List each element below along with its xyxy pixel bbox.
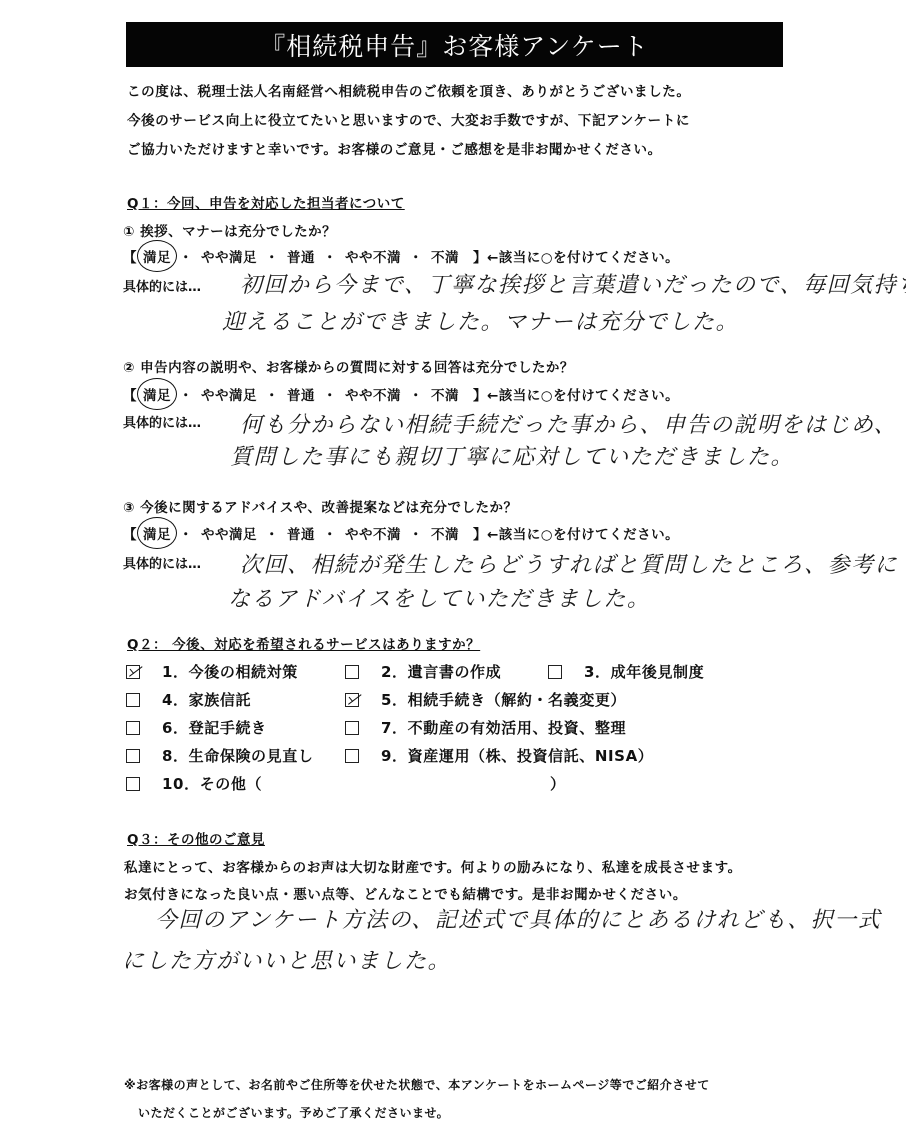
checkbox-icon[interactable]: [345, 749, 359, 763]
option-label: 今後の相続対策: [189, 661, 298, 682]
rating-option-satisfied[interactable]: 満足: [143, 246, 171, 266]
option-label: 成年後見制度: [611, 661, 705, 682]
option-label: その他（: [200, 773, 262, 794]
option-number: 4．: [162, 689, 189, 710]
option-label: 登記手続き: [189, 717, 267, 738]
option-number: 5．: [381, 689, 408, 710]
q3-description-line-1: 私達にとって、お客様からのお声は大切な財産です。何よりの励みになり、私達を成長さ…: [124, 856, 742, 876]
rating-option-dissatisfied[interactable]: 不満: [431, 523, 459, 543]
q1-item1-question: ① 挨拶、マナーは充分でしたか？: [123, 220, 336, 240]
rating-option-somewhat-dissatisfied[interactable]: やや不満: [345, 523, 401, 543]
q2-option-1[interactable]: 1． 今後の相続対策: [126, 661, 298, 682]
rating-option-satisfied[interactable]: 満足: [143, 384, 171, 404]
q3-answer-line-1[interactable]: 今回のアンケート方法の、記述式で具体的にとあるけれども、択一式: [155, 903, 881, 934]
bracket-open: 【: [123, 523, 137, 543]
q2-option-9[interactable]: 9． 資産運用（株、投資信託、NISA）: [345, 745, 653, 766]
checkbox-checked-icon[interactable]: [126, 665, 140, 679]
q2-option-4[interactable]: 4． 家族信託: [126, 689, 251, 710]
q2-option-10[interactable]: 10． その他（: [126, 773, 262, 794]
q1-item1-answer-line-2[interactable]: 迎えることができました。マナーは充分でした。: [222, 305, 739, 336]
q3-answer-line-2[interactable]: にした方がいいと思いました。: [122, 944, 451, 975]
option-number: 10．: [162, 773, 200, 794]
q2-other-close-paren: ）: [550, 773, 566, 794]
q1-heading: Q１：今回、申告を対応した担当者について: [127, 192, 405, 212]
rating-option-satisfied[interactable]: 満足: [143, 523, 171, 543]
q1-item2-rating: 【 満足 ・ やや満足 ・ 普通 ・ やや不満 ・ 不満 】←該当に○を付けてく…: [123, 384, 679, 404]
footer-note-line-1: ※お客様の声として、お名前やご住所等を伏せた状態で、本アンケートをホームページ等…: [124, 1076, 710, 1093]
rating-option-somewhat-satisfied[interactable]: やや満足: [201, 384, 257, 404]
q1-item2-answer-line-2[interactable]: 質問した事にも親切丁寧に応対していただきました。: [230, 440, 794, 471]
q2-option-8[interactable]: 8． 生命保険の見直し: [126, 745, 313, 766]
option-number: 7．: [381, 717, 408, 738]
option-number: 8．: [162, 745, 189, 766]
q2-option-2[interactable]: 2． 遺言書の作成: [345, 661, 501, 682]
checkbox-icon[interactable]: [345, 721, 359, 735]
q1-item3-rating: 【 満足 ・ やや満足 ・ 普通 ・ やや不満 ・ 不満 】←該当に○を付けてく…: [123, 523, 679, 543]
footer-note-line-2: いただくことがございます。予めご了承くださいませ。: [138, 1104, 449, 1121]
rating-option-dissatisfied[interactable]: 不満: [431, 246, 459, 266]
survey-title: 『相続税申告』お客様アンケート: [126, 22, 783, 67]
rating-option-dissatisfied[interactable]: 不満: [431, 384, 459, 404]
rating-option-somewhat-satisfied[interactable]: やや満足: [201, 246, 257, 266]
q2-option-6[interactable]: 6． 登記手続き: [126, 717, 267, 738]
rating-option-neutral[interactable]: 普通: [287, 246, 315, 266]
rating-option-somewhat-dissatisfied[interactable]: やや不満: [345, 384, 401, 404]
q2-option-7[interactable]: 7． 不動産の有効活用、投資、整理: [345, 717, 626, 738]
checkbox-icon[interactable]: [126, 721, 140, 735]
option-number: 9．: [381, 745, 408, 766]
option-label: 遺言書の作成: [408, 661, 502, 682]
q2-option-3[interactable]: 3． 成年後見制度: [548, 661, 704, 682]
option-label: 生命保険の見直し: [189, 745, 314, 766]
q1-item2-question: ② 申告内容の説明や、お客様からの質問に対する回答は充分でしたか？: [123, 356, 574, 376]
rating-instruction: 】←該当に○を付けてください。: [473, 384, 679, 404]
option-label: 相続手続き（解約・名義変更）: [408, 689, 626, 710]
q1-item3-answer-line-2[interactable]: なるアドバイスをしていただきました。: [228, 582, 650, 613]
q2-heading: Q２： 今後、対応を希望されるサービスはありますか？: [127, 633, 480, 653]
q1-item3-specific-label: 具体的には…: [123, 553, 201, 572]
q1-item1-specific-label: 具体的には…: [123, 276, 201, 295]
rating-option-neutral[interactable]: 普通: [287, 523, 315, 543]
checkbox-icon[interactable]: [126, 749, 140, 763]
rating-option-neutral[interactable]: 普通: [287, 384, 315, 404]
intro-line-2: 今後のサービス向上に役立てたいと思いますので、大変お手数ですが、下記アンケートに: [127, 109, 690, 129]
intro-line-1: この度は、税理士法人名南経営へ相続税申告のご依頼を頂き、ありがとうございました。: [127, 80, 690, 100]
option-number: 3．: [584, 661, 611, 682]
rating-instruction: 】←該当に○を付けてください。: [473, 523, 679, 543]
bracket-open: 【: [123, 384, 137, 404]
option-label: 資産運用（株、投資信託、NISA）: [408, 745, 654, 766]
q1-item1-rating: 【 満足 ・ やや満足 ・ 普通 ・ やや不満 ・ 不満 】←該当に○を付けてく…: [123, 246, 679, 266]
q3-heading: Q３：その他のご意見: [127, 828, 265, 848]
checkbox-icon[interactable]: [345, 665, 359, 679]
q1-item3-answer-line-1[interactable]: 次回、相続が発生したらどうすればと質問したところ、参考に: [240, 548, 898, 579]
option-label: 家族信託: [189, 689, 251, 710]
q2-option-5[interactable]: 5． 相続手続き（解約・名義変更）: [345, 689, 626, 710]
checkbox-icon[interactable]: [126, 693, 140, 707]
q3-description-line-2: お気付きになった良い点・悪い点等、どんなことでも結構です。是非お聞かせください。: [124, 883, 687, 903]
option-label: 不動産の有効活用、投資、整理: [408, 717, 626, 738]
option-number: 1．: [162, 661, 189, 682]
rating-instruction: 】←該当に○を付けてください。: [473, 246, 679, 266]
q1-item2-specific-label: 具体的には…: [123, 412, 201, 431]
option-number: 6．: [162, 717, 189, 738]
q1-item1-answer-line-1[interactable]: 初回から今まで、丁寧な挨拶と言葉遣いだったので、毎回気持ち良く: [240, 268, 906, 299]
q1-item2-answer-line-1[interactable]: 何も分からない相続手続だった事から、申告の説明をはじめ、: [240, 408, 897, 439]
option-number: 2．: [381, 661, 408, 682]
intro-line-3: ご協力いただけますと幸いです。お客様のご意見・ご感想を是非お聞かせください。: [127, 138, 662, 158]
checkbox-checked-icon[interactable]: [345, 693, 359, 707]
rating-option-somewhat-dissatisfied[interactable]: やや不満: [345, 246, 401, 266]
bracket-open: 【: [123, 246, 137, 266]
q1-item3-question: ③ 今後に関するアドバイスや、改善提案などは充分でしたか？: [123, 496, 517, 516]
rating-option-somewhat-satisfied[interactable]: やや満足: [201, 523, 257, 543]
checkbox-icon[interactable]: [548, 665, 562, 679]
q2-other-input[interactable]: [262, 772, 547, 792]
checkbox-icon[interactable]: [126, 777, 140, 791]
